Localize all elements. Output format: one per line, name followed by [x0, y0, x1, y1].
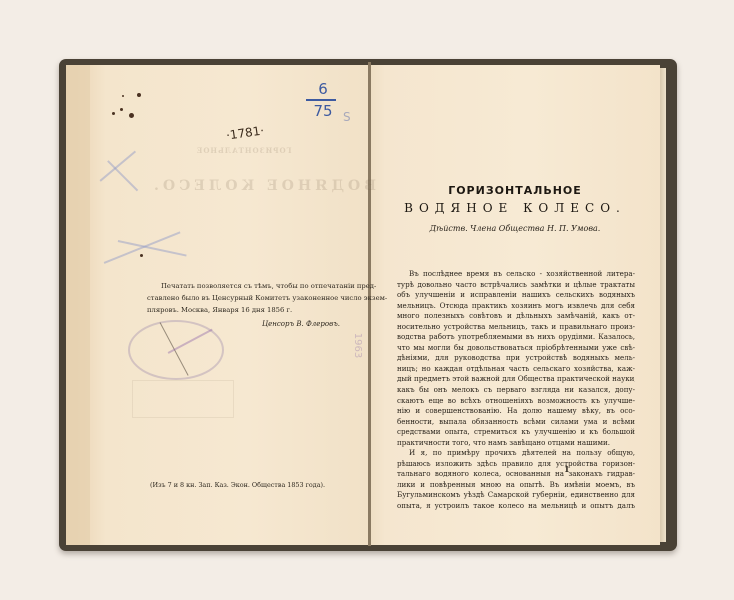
ink-spot	[140, 254, 143, 257]
left-page-edge	[66, 65, 90, 545]
ink-spot	[122, 95, 124, 97]
body-line: Бугульминскомъ уѣздѣ Самарской губерніи,…	[397, 490, 635, 501]
ink-spot	[112, 112, 115, 115]
censor-line: ставлено было въ Ценсурный Комитетъ узак…	[147, 292, 345, 304]
body-line: турѣ довольно часто встрѣчались замѣтки …	[397, 280, 635, 291]
body-line: лики и повѣренныя мною на опытѣ. Въ имѣн…	[397, 480, 635, 491]
ink-spot	[129, 113, 134, 118]
body-line: нію и совершенствованію. На долю нашему …	[397, 406, 635, 417]
body-line: Въ послѣднее время въ сельско - хозяйств…	[397, 269, 635, 280]
body-line: что мы могли бы довольствоваться пріобрѣ…	[397, 343, 635, 354]
shelfmark-bottom: 75	[310, 102, 336, 120]
article-byline: Дѣйств. Члена Общества Н. П. Умова.	[370, 224, 660, 233]
censor-line: Печатать позволяется съ тѣмъ, чтобы по о…	[147, 280, 345, 292]
vertical-stamp-number: 1963	[352, 333, 363, 358]
body-line: ницъ; но каждая отдѣльная часть сельскаг…	[397, 364, 635, 375]
ink-spot	[137, 93, 141, 97]
article-title-line2: ВОДЯНОЕ КОЛЕСО.	[370, 201, 660, 215]
body-line: практичности того, что намъ завѣщано отц…	[397, 438, 635, 449]
article-body: Въ послѣднее время въ сельско - хозяйств…	[397, 269, 635, 512]
censor-line: пляровъ. Москва, Января 16 дня 1856 г.	[147, 304, 345, 316]
body-line: мельницъ. Отсюда практикъ хозяинъ могъ и…	[397, 301, 635, 312]
body-line: рѣшаюсь изложить здѣсь правило для устро…	[397, 459, 635, 470]
book-gutter	[368, 62, 371, 546]
body-line: дѣніями, для руководства при устройствѣ …	[397, 353, 635, 364]
ghost-small-showthrough: ГОРИЗОНТАЛЬНОЕ	[196, 146, 292, 155]
body-line: носительно устройства мельницъ, такъ и п…	[397, 322, 635, 333]
body-line: бенности, выпала обязанность всѣми силам…	[397, 417, 635, 428]
body-line: средствами опыта, стремиться къ улучшені…	[397, 427, 635, 438]
article-title-line1: ГОРИЗОНТАЛЬНОЕ	[370, 184, 660, 197]
page-number: 1	[564, 464, 570, 474]
body-line: опыта, я устроилъ такое колесо на мельни…	[397, 501, 635, 512]
censor-signature: Ценсоръ В. Флеровъ.	[262, 320, 340, 328]
body-line: И я, по примѣру прочихъ дѣятелей на поль…	[397, 448, 635, 459]
right-page-edge	[660, 68, 666, 542]
body-line: какъ бы онъ мелокъ съ перваго взгляда ни…	[397, 385, 635, 396]
censor-permission-text: Печатать позволяется съ тѣмъ, чтобы по о…	[147, 280, 345, 316]
shelfmark: 6 75	[310, 80, 336, 120]
shelfmark-top: 6	[310, 80, 336, 98]
ink-spot	[120, 108, 123, 111]
body-line: дый предметъ этой важной для Общества пр…	[397, 374, 635, 385]
body-line: скаютъ еще во всѣхъ отношеніяхъ возможно…	[397, 396, 635, 407]
body-line: объ улучшеніи и исправленіи нашихъ сельс…	[397, 290, 635, 301]
faded-rect-stamp	[132, 380, 234, 418]
body-line: тальнаго водяного колеса, основанныя на …	[397, 469, 635, 480]
body-line: много полезныхъ совѣтовъ и дѣльныхъ замѣ…	[397, 311, 635, 322]
ghost-title-showthrough: ВОДЯНОЕ КОЛЕСО.	[150, 178, 376, 194]
shelfmark-fraction-bar	[306, 99, 336, 101]
imprint-line: (Изъ 7 и 8 кн. Зап. Каз. Экон. Общества …	[150, 481, 325, 489]
shelfmark-faded: S	[343, 110, 351, 124]
body-line: водства работъ употребляемыми въ нихъ ор…	[397, 332, 635, 343]
